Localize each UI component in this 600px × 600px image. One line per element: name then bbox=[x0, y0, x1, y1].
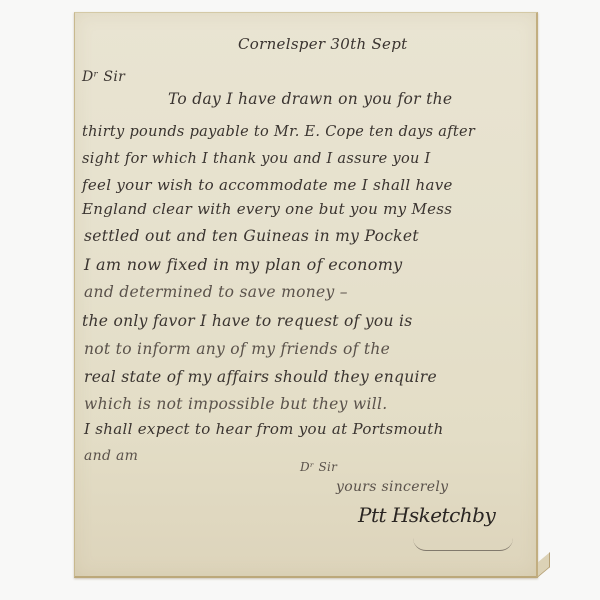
letter-salutation: Dʳ Sir bbox=[82, 70, 125, 84]
letter-signature: Ptt Hsketchby bbox=[358, 505, 495, 525]
letter-closing: yours sincerely bbox=[336, 480, 448, 494]
letter-line-8: and determined to save money – bbox=[84, 285, 348, 301]
letter-line-1: To day I have drawn on you for the bbox=[168, 92, 452, 108]
letter-line-3: sight for which I thank you and I assure… bbox=[82, 152, 431, 167]
letter-line-4: feel your wish to accommodate me I shall… bbox=[82, 178, 453, 193]
paper-corner-fold bbox=[537, 552, 550, 578]
letter-dateline: Cornelsper 30th Sept bbox=[238, 37, 407, 52]
letter-line-13: I shall expect to hear from you at Ports… bbox=[84, 422, 444, 437]
letter-line-11: real state of my affairs should they enq… bbox=[84, 370, 437, 386]
letter-line-7: I am now fixed in my plan of economy bbox=[84, 257, 403, 273]
letter-line-14: and am bbox=[84, 449, 138, 463]
closing-salutation: Dʳ Sir bbox=[300, 461, 337, 473]
letter-line-12: which is not impossible but they will. bbox=[84, 397, 387, 413]
letter-line-6: settled out and ten Guineas in my Pocket bbox=[84, 229, 419, 245]
photo-stage: Cornelsper 30th Sept Dʳ Sir To day I hav… bbox=[0, 0, 600, 600]
letter-line-10: not to inform any of my friends of the bbox=[84, 342, 390, 358]
letter-line-5: England clear with every one but you my … bbox=[82, 202, 452, 217]
letter-line-2: thirty pounds payable to Mr. E. Cope ten… bbox=[82, 125, 475, 140]
letter-line-9: the only favor I have to request of you … bbox=[82, 314, 413, 330]
signature-flourish bbox=[413, 538, 513, 551]
